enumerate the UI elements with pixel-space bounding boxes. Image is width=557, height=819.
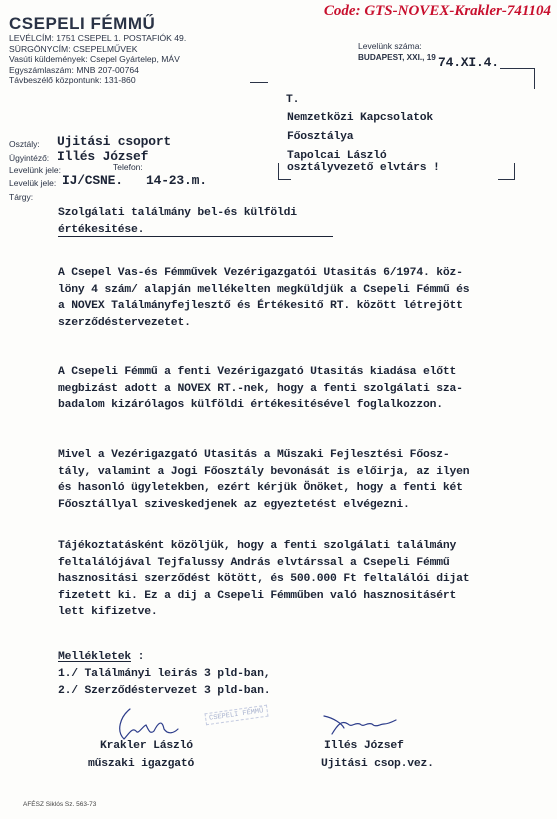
address-frame-corner bbox=[500, 68, 535, 89]
letterhead-account: Egyszámlaszám: MNB 207-00764 bbox=[9, 65, 186, 76]
recipient-line: Nemzetközi Kapcsolatok bbox=[287, 112, 433, 124]
our-ref-label: Levelünk jele: bbox=[9, 165, 61, 175]
letterhead-telegram: SÜRGÖNYCÍM: CSEPELMŰVEK bbox=[9, 44, 186, 55]
subject-line: Szolgálati találmány bel-és külföldi bbox=[58, 207, 297, 219]
recipient-line: Tapolcai László bbox=[287, 150, 387, 162]
attachment-item: 2./ Szerződéstervezet 3 pld-ban. bbox=[58, 685, 270, 697]
letterhead-address: LEVÉLCÍM: 1751 CSEPEL 1. POSTAFIÓK 49. bbox=[9, 33, 186, 44]
signature-illes bbox=[320, 710, 400, 740]
address-frame-corner bbox=[498, 163, 515, 180]
attachments-heading: Mellékletek : bbox=[58, 651, 144, 663]
letterhead: CSEPELI FÉMMŰ LEVÉLCÍM: 1751 CSEPEL 1. P… bbox=[9, 15, 186, 86]
signatory-title: Ujitási csop.vez. bbox=[321, 758, 434, 770]
faded-stamp: CSEPELI FÉMMŰ bbox=[204, 705, 268, 726]
department-value: Ujitási csoport bbox=[57, 134, 171, 149]
reference-number-label: Levelünk száma: bbox=[358, 41, 422, 51]
recipient-prefix: T. bbox=[286, 94, 299, 106]
body-paragraph: Tájékoztatásként közöljük, hogy a fenti … bbox=[58, 538, 548, 621]
department-label: Osztály: bbox=[9, 139, 40, 149]
our-ref-value: IJ/CSNE. bbox=[62, 173, 123, 188]
body-paragraph: Mivel a Vezérigazgató Utasitás a Műszaki… bbox=[58, 447, 548, 513]
reference-place-label: BUDAPEST, XXI., 19 bbox=[358, 53, 436, 62]
signatory-title: műszaki igazgató bbox=[88, 758, 194, 770]
attachments-colon: : bbox=[131, 651, 144, 663]
letterhead-phone: Távbeszélő központunk: 131-860 bbox=[9, 75, 186, 86]
signatory-name: Krakler László bbox=[100, 740, 193, 752]
their-ref-label: Levelük jele: bbox=[9, 178, 56, 188]
signatory-name: Illés József bbox=[324, 740, 404, 752]
document-code-label: Code: GTS-NOVEX-Krakler-741104 bbox=[324, 3, 551, 20]
signature-krakler bbox=[110, 705, 185, 745]
body-paragraph: A Csepel Vas-és Fémművek Vezérigazgatói … bbox=[58, 265, 548, 331]
phone-value: 14-23.m. bbox=[146, 173, 207, 188]
subject-label: Tárgy: bbox=[9, 192, 33, 202]
recipient-line: Főosztálya bbox=[287, 131, 353, 143]
phone-label: Telefon: bbox=[113, 162, 143, 172]
company-name: CSEPELI FÉMMŰ bbox=[9, 15, 186, 33]
address-frame-corner bbox=[250, 82, 268, 83]
reference-date: 74.XI.4. bbox=[438, 55, 499, 70]
subject-line: értékesitése. bbox=[58, 224, 333, 237]
attachment-item: 1./ Találmányi leirás 3 pld-ban, bbox=[58, 668, 270, 680]
handler-label: Ügyintéző: bbox=[9, 153, 49, 163]
letterhead-rail: Vasúti küldemények: Csepel Gyártelep, MÁ… bbox=[9, 54, 186, 65]
body-paragraph: A Csepeli Fémmű a fenti Vezérigazgató Ut… bbox=[58, 364, 548, 414]
printer-mark: AFÉSZ Siklós Sz. 563-73 bbox=[23, 801, 96, 808]
recipient-line: osztályvezető elvtárs ! bbox=[287, 162, 440, 174]
attachments-label: Mellékletek bbox=[58, 651, 131, 663]
